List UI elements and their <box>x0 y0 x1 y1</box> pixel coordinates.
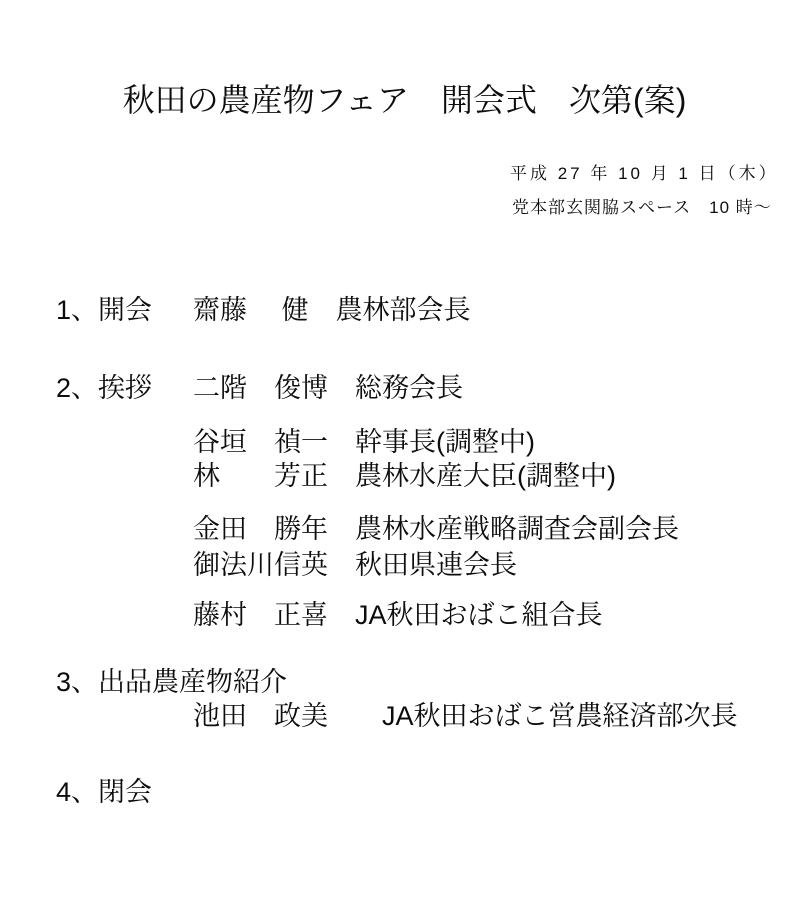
agenda-row-product-introduction: 3、出品農産物紹介 <box>0 668 809 700</box>
agenda-person-line: 谷垣 禎一 幹事長(調整中) <box>193 428 535 458</box>
agenda-row-speaker: 林 芳正 農林水産大臣(調整中) <box>0 462 809 494</box>
agenda-person-line: 齋藤 健 農林部会長 <box>193 296 471 326</box>
document-page: 秋田の農産物フェア 開会式 次第(案) 平成 27 年 10 月 1 日（木） … <box>0 0 809 904</box>
agenda-row-speaker: 池田 政美 JA秋田おばこ営農経済部次長 <box>0 702 809 734</box>
agenda-row-speaker: 金田 勝年 農林水産戦略調査会副会長 <box>0 515 809 547</box>
agenda-row-speaker: 谷垣 禎一 幹事長(調整中) <box>0 428 809 460</box>
agenda-person-line: 池田 政美 JA秋田おばこ営農経済部次長 <box>193 702 738 732</box>
agenda-person-line: 金田 勝年 農林水産戦略調査会副会長 <box>193 515 679 545</box>
agenda-person-line: 御法川信英 秋田県連会長 <box>193 551 517 581</box>
agenda-row-opening: 1、開会 齋藤 健 農林部会長 <box>0 296 809 328</box>
agenda-row-closing: 4、閉会 <box>0 778 809 810</box>
agenda-person-line: 藤村 正喜 JA秋田おばこ組合長 <box>193 601 603 631</box>
agenda-person-line: 二階 俊博 総務会長 <box>193 374 463 404</box>
document-title: 秋田の農産物フェア 開会式 次第(案) <box>0 83 809 118</box>
agenda-item-label: 3、出品農産物紹介 <box>56 668 287 698</box>
event-date: 平成 27 年 10 月 1 日（木） <box>510 164 779 184</box>
agenda-item-label: 2、挨拶 <box>56 374 152 404</box>
event-venue: 党本部玄関脇スペース 10 時～ <box>512 198 772 218</box>
agenda-person-line: 林 芳正 農林水産大臣(調整中) <box>193 462 616 492</box>
agenda-row-speaker: 藤村 正喜 JA秋田おばこ組合長 <box>0 601 809 633</box>
agenda-item-label: 4、閉会 <box>56 778 152 808</box>
agenda-row-greetings: 2、挨拶 二階 俊博 総務会長 <box>0 374 809 406</box>
agenda-item-label: 1、開会 <box>56 296 152 326</box>
agenda-row-speaker: 御法川信英 秋田県連会長 <box>0 551 809 583</box>
